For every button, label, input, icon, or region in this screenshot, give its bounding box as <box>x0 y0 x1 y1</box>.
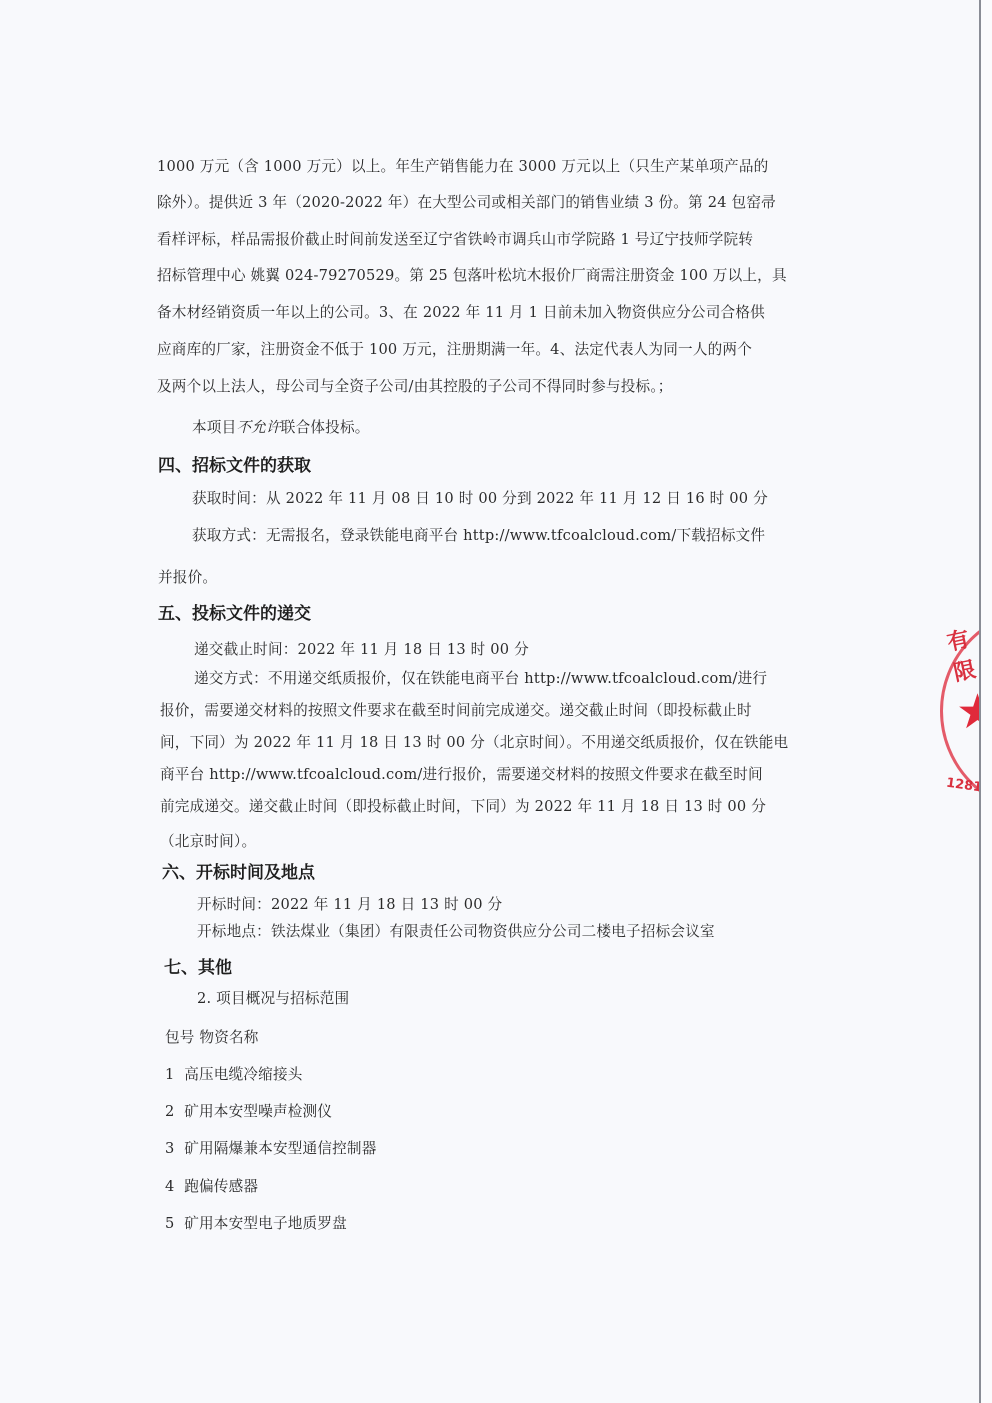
paragraph-line: 及两个以上法人，母公司与全资子公司/由其控股的子公司不得同时参与投标。； <box>157 377 673 397</box>
package-number: 2 <box>165 1103 175 1120</box>
section-heading-other: 七、其他 <box>164 957 232 979</box>
package-item: 5 矿用本安型电子地质罗盘 <box>165 1214 347 1234</box>
document-page: 1000 万元（含 1000 万元）以上。年生产销售能力在 3000 万元以上（… <box>0 0 980 1403</box>
section-heading-obtain-documents: 四、招标文件的获取 <box>158 455 311 477</box>
package-number: 3 <box>165 1140 175 1157</box>
obtain-method-cont: 并报价。 <box>158 568 217 588</box>
package-name: 矿用隔爆兼本安型通信控制器 <box>184 1140 376 1157</box>
opening-time: 开标时间：2022 年 11 月 18 日 13 时 00 分 <box>197 895 502 915</box>
package-item: 4 跑偏传感器 <box>165 1177 258 1197</box>
consortium-prefix: 本项目 <box>192 419 236 436</box>
submit-method-line: （北京时间）。 <box>160 832 256 852</box>
paragraph-line: 1000 万元（含 1000 万元）以上。年生产销售能力在 3000 万元以上（… <box>157 157 768 177</box>
package-item: 2 矿用本安型噪声检测仪 <box>165 1102 332 1122</box>
package-name: 跑偏传感器 <box>184 1178 258 1195</box>
submit-method-line: 前完成递交。递交截止时间（即投标截止时间，下同）为 2022 年 11 月 18… <box>160 797 766 817</box>
section-heading-bid-opening: 六、开标时间及地点 <box>162 862 315 884</box>
project-scope-subheading: 2. 项目概况与招标范围 <box>197 989 349 1009</box>
package-item: 1 高压电缆冷缩接头 <box>165 1065 303 1085</box>
package-number: 5 <box>165 1215 175 1232</box>
paragraph-line: 备木材经销资质一年以上的公司。3、在 2022 年 11 月 1 日前未加入物资… <box>157 303 765 323</box>
submit-method-line: 递交方式：不用递交纸质报价，仅在铁能电商平台 http://www.tfcoal… <box>194 669 767 689</box>
submit-method-line: 报价，需要递交材料的按照文件要求在截至时间前完成递交。递交截止时间（即投标截止时 <box>160 701 752 721</box>
package-number: 1 <box>165 1066 175 1083</box>
paragraph-line: 招标管理中心 姚翼 024-79270529。第 25 包落叶松坑木报价厂商需注… <box>157 266 787 286</box>
obtain-method: 获取方式：无需报名，登录铁能电商平台 http://www.tfcoalclou… <box>192 526 765 546</box>
consortium-suffix: 联合体投标。 <box>281 419 370 436</box>
package-name: 矿用本安型电子地质罗盘 <box>184 1215 347 1232</box>
paragraph-line: 除外）。提供近 3 年（2020-2022 年）在大型公司或相关部门的销售业绩 … <box>157 193 776 213</box>
package-item: 3 矿用隔爆兼本安型通信控制器 <box>165 1139 377 1159</box>
consortium-statement: 本项目不允许联合体投标。 <box>192 418 370 438</box>
package-number: 4 <box>165 1178 175 1195</box>
submit-deadline: 递交截止时间：2022 年 11 月 18 日 13 时 00 分 <box>194 640 529 660</box>
paragraph-line: 应商库的厂家，注册资金不低于 100 万元，注册期满一年。4、法定代表人为同一人… <box>157 340 752 360</box>
opening-place: 开标地点：铁法煤业（集团）有限责任公司物资供应分公司二楼电子招标会议室 <box>197 922 715 942</box>
section-heading-submit-bid: 五、投标文件的递交 <box>158 603 311 625</box>
paragraph-line: 看样评标，样品需报价截止时间前发送至辽宁省铁岭市调兵山市学院路 1 号辽宁技师学… <box>157 230 753 250</box>
submit-method-line: 间，下同）为 2022 年 11 月 18 日 13 时 00 分（北京时间）。… <box>160 733 788 753</box>
package-list-header: 包号 物资名称 <box>165 1028 259 1048</box>
scan-edge-margin <box>981 0 992 1403</box>
package-name: 高压电缆冷缩接头 <box>184 1066 302 1083</box>
obtain-time: 获取时间：从 2022 年 11 月 08 日 10 时 00 分到 2022 … <box>192 489 768 509</box>
consortium-emphasis: 不允许 <box>236 419 280 436</box>
package-name: 矿用本安型噪声检测仪 <box>184 1103 332 1120</box>
submit-method-line: 商平台 http://www.tfcoalcloud.com/进行报价，需要递交… <box>160 765 763 785</box>
